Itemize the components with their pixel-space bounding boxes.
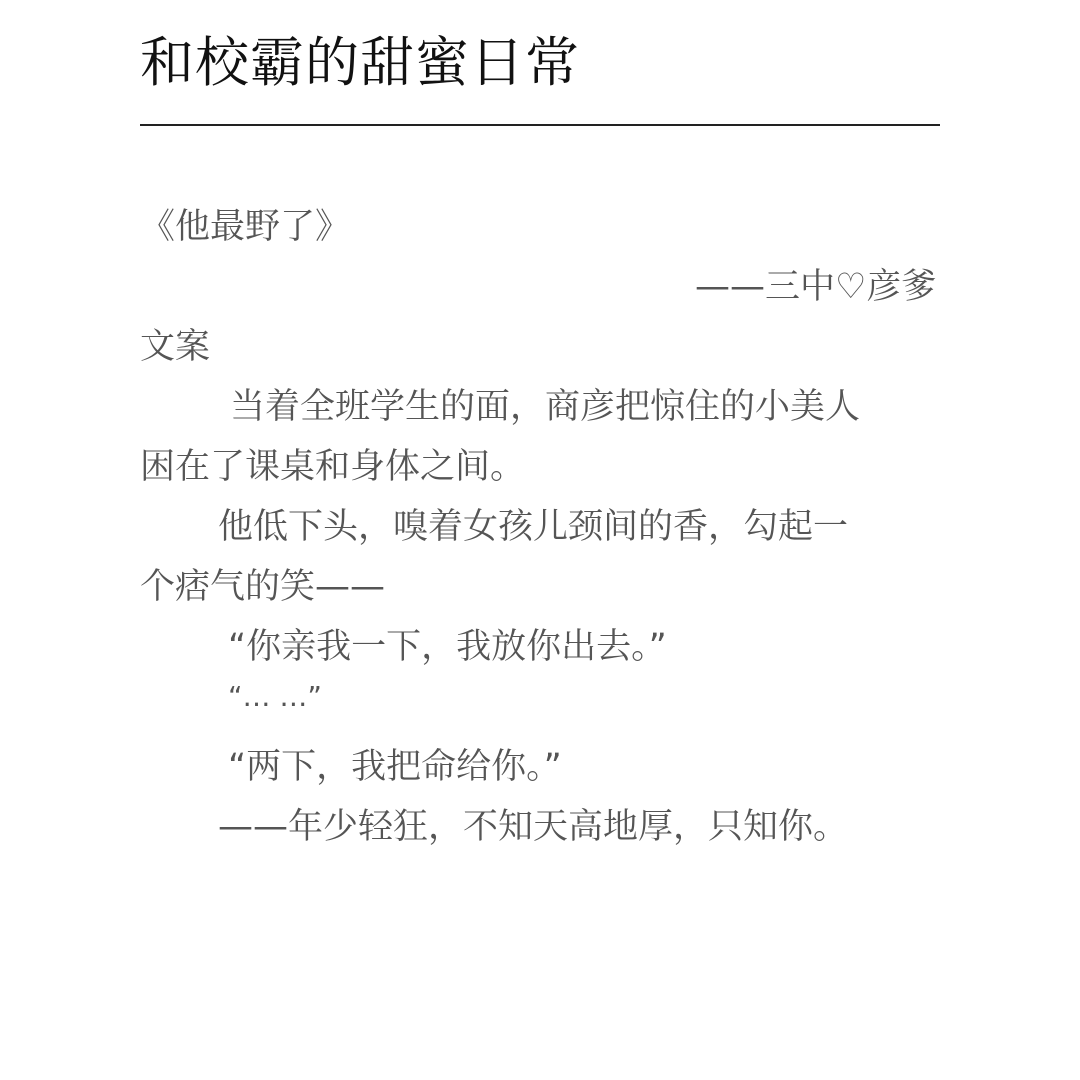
body-line: “… …”	[228, 672, 322, 722]
divider	[140, 124, 940, 126]
book-title: 《他最野了》	[140, 202, 350, 252]
section-label: 文案	[140, 322, 210, 372]
body-line: “你亲我一下，我放你出去。”	[228, 622, 667, 672]
body-line: 当着全班学生的面，商彦把惊住的小美人	[230, 382, 860, 432]
body-line: 他低下头，嗅着女孩儿颈间的香，勾起一	[218, 502, 848, 552]
body-line: 困在了课桌和身体之间。	[140, 442, 525, 492]
author-credit: ——三中♡彦爹	[695, 262, 936, 312]
body-line: 个痞气的笑——	[140, 562, 385, 612]
page-title: 和校霸的甜蜜日常	[140, 28, 580, 98]
body-line: ——年少轻狂，不知天高地厚，只知你。	[218, 802, 848, 852]
body-line: “两下，我把命给你。”	[228, 742, 562, 792]
